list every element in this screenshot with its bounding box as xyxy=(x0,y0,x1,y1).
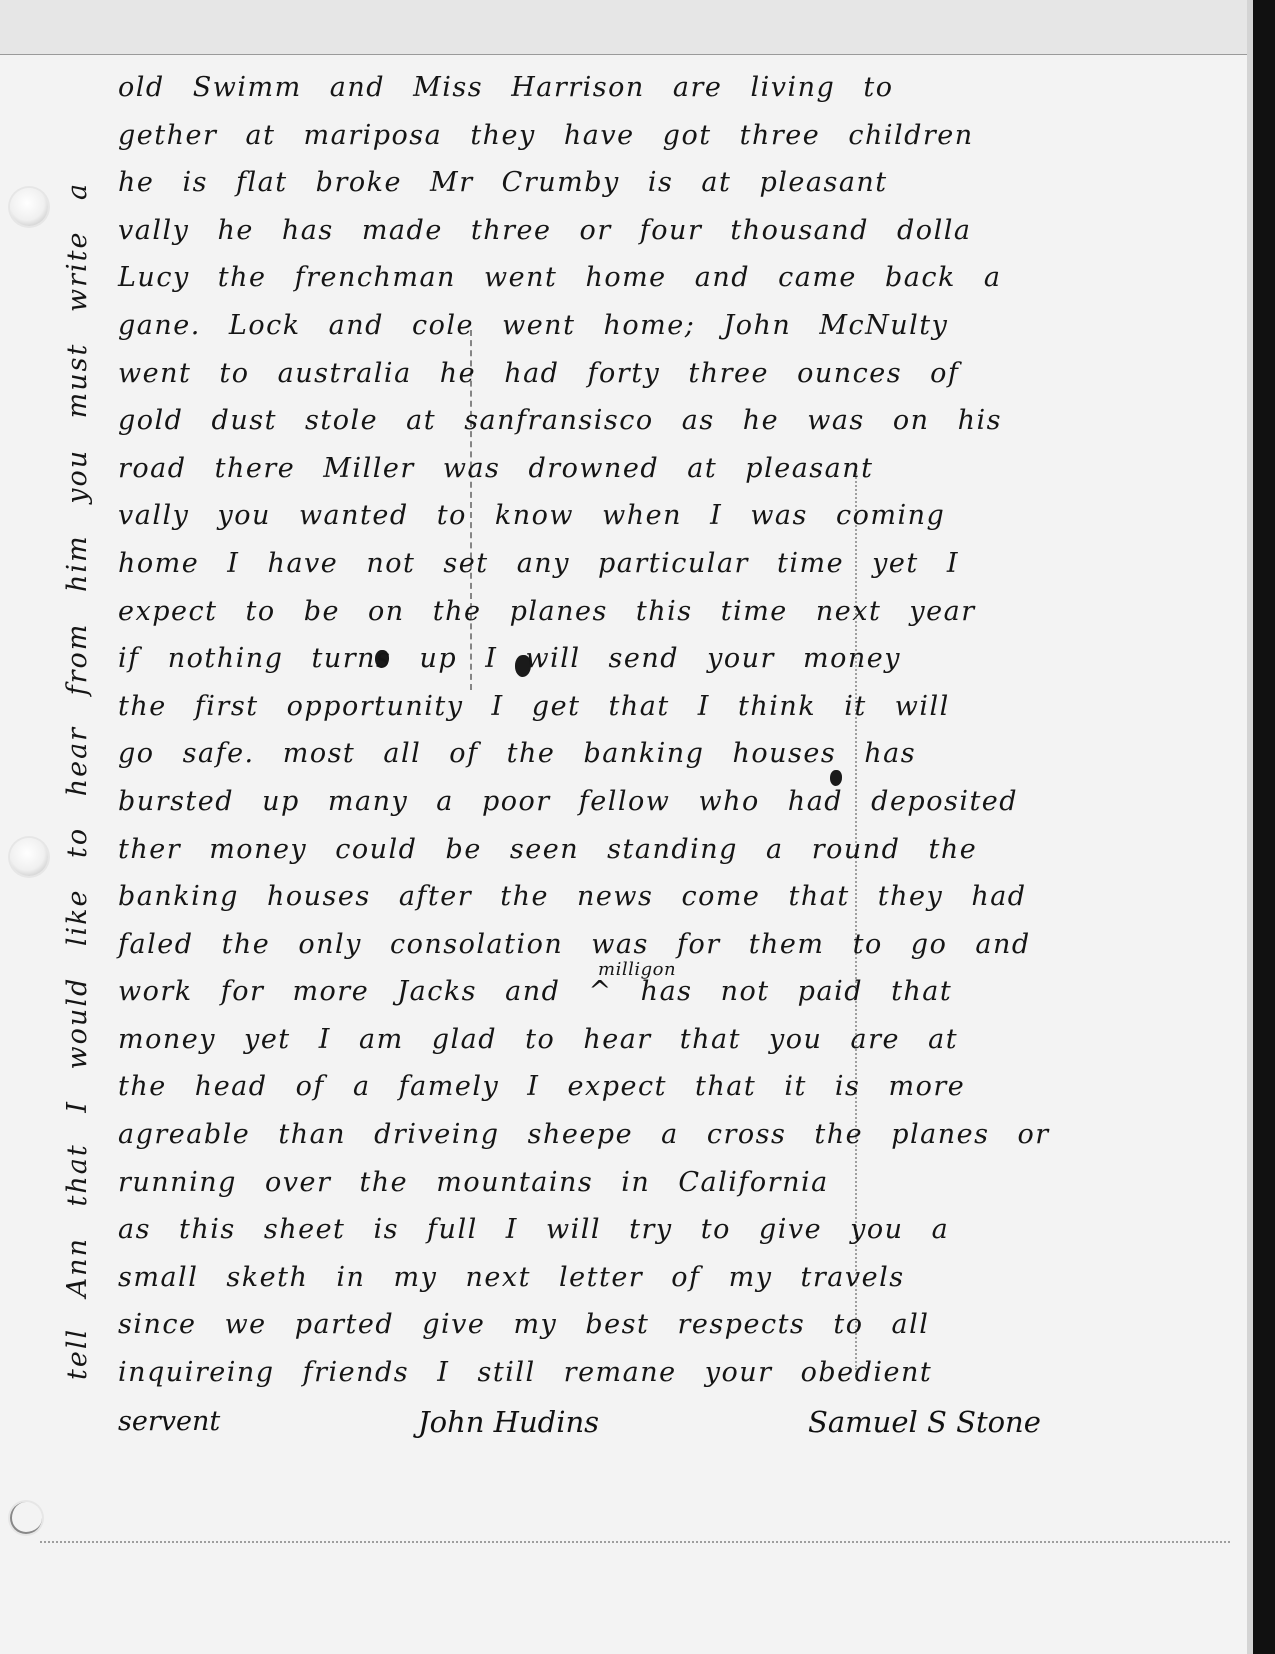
letter-line-text: work for more Jacks and ^ has not paid t… xyxy=(118,976,952,1007)
letter-line: Lucy the frenchman went home and came ba… xyxy=(118,254,1178,302)
signature-block: servent John Hudins Samuel S Stone xyxy=(118,1397,1178,1447)
letter-line: agreable than driveing sheepe a cross th… xyxy=(118,1111,1178,1159)
scanner-top-strip xyxy=(0,0,1260,55)
letter-line: if nothing turns up I will send your mon… xyxy=(118,635,1178,683)
letter-line: vally you wanted to know when I was comi… xyxy=(118,492,1178,540)
scan-artifact-line xyxy=(40,1541,1230,1543)
interlinear-insertion: milligon xyxy=(598,946,676,994)
letter-line: expect to be on the planes this time nex… xyxy=(118,588,1178,636)
letter-page: tell Ann that I would like to hear from … xyxy=(0,0,1275,1654)
letter-line: he is flat broke Mr Crumby is at pleasan… xyxy=(118,159,1178,207)
letter-line: bursted up many a poor fellow who had de… xyxy=(118,778,1178,826)
letter-line: ther money could be seen standing a roun… xyxy=(118,826,1178,874)
letter-line: home I have not set any particular time … xyxy=(118,540,1178,588)
letter-line: old Swimm and Miss Harrison are living t… xyxy=(118,64,1178,112)
scanner-edge xyxy=(1253,0,1275,1654)
letter-line: gold dust stole at sanfransisco as he wa… xyxy=(118,397,1178,445)
binder-hole-icon xyxy=(10,188,48,226)
margin-note: tell Ann that I would like to hear from … xyxy=(62,182,93,1380)
letter-body: old Swimm and Miss Harrison are living t… xyxy=(118,64,1178,1447)
letter-line: went to australia he had forty three oun… xyxy=(118,350,1178,398)
letter-line: money yet I am glad to hear that you are… xyxy=(118,1016,1178,1064)
letter-line: as this sheet is full I will try to give… xyxy=(118,1206,1178,1254)
signature: Samuel S Stone xyxy=(808,1397,1041,1447)
letter-line: banking houses after the news come that … xyxy=(118,873,1178,921)
letter-line: running over the mountains in California xyxy=(118,1159,1178,1207)
closing: servent xyxy=(118,1397,220,1447)
binder-hole-icon xyxy=(10,838,48,876)
binder-hole-icon xyxy=(10,1502,42,1534)
letter-line: go safe. most all of the banking houses … xyxy=(118,730,1178,778)
letter-line-with-insertion: work for more Jacks and ^ has not paid t… xyxy=(118,968,1178,1016)
letter-line: since we parted give my best respects to… xyxy=(118,1301,1178,1349)
letter-line: the head of a famely I expect that it is… xyxy=(118,1063,1178,1111)
letter-line: inquireing friends I still remane your o… xyxy=(118,1349,1178,1397)
letter-line: gane. Lock and cole went home; John McNu… xyxy=(118,302,1178,350)
signature: John Hudins xyxy=(418,1397,599,1447)
letter-line: gether at mariposa they have got three c… xyxy=(118,112,1178,160)
letter-line: small sketh in my next letter of my trav… xyxy=(118,1254,1178,1302)
letter-line: vally he has made three or four thousand… xyxy=(118,207,1178,255)
letter-line: the first opportunity I get that I think… xyxy=(118,683,1178,731)
letter-line: road there Miller was drowned at pleasan… xyxy=(118,445,1178,493)
